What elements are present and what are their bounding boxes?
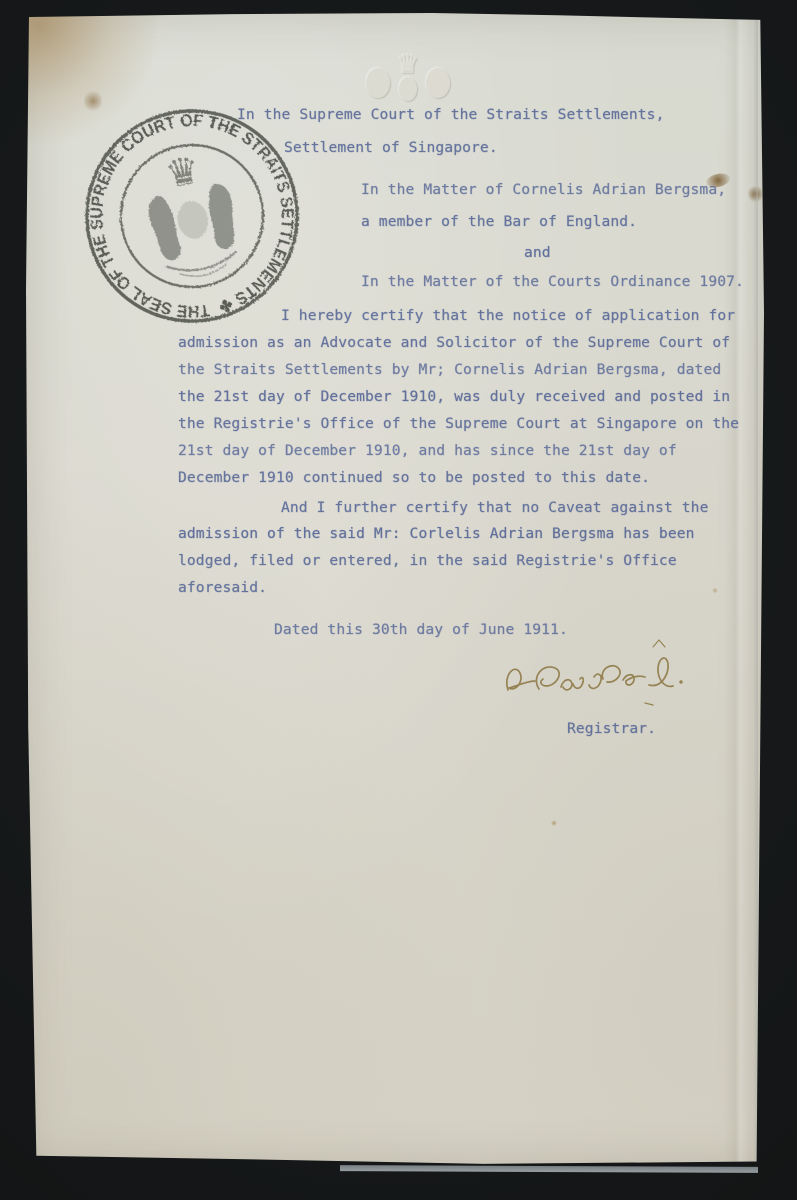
typed-line-matter: In the Matter of the Courts Ordinance 19…	[361, 275, 744, 290]
typed-line-body: aforesaid.	[178, 581, 267, 596]
signature-strokes	[507, 640, 683, 705]
typed-line-body: I hereby certify that the notice of appl…	[281, 309, 735, 324]
typed-line-body: lodged, filed or entered, in the said Re…	[178, 554, 677, 569]
typed-line-body: admission of the said Mr: Corlelis Adria…	[178, 527, 695, 542]
document-photo: ♛ THE SEAL OF THE SUPREME COURT OF THE S…	[0, 0, 797, 1200]
typed-line-body: 21st day of December 1910, and has since…	[178, 444, 677, 459]
document-paper: ♛ THE SEAL OF THE SUPREME COURT OF THE S…	[26, 13, 764, 1165]
typed-line-matter: a member of the Bar of England.	[361, 215, 637, 230]
typed-line-body: And I further certify that no Caveat aga…	[281, 501, 709, 516]
registrar-signature	[495, 635, 705, 715]
typed-line-matter: In the Matter of Cornelis Adrian Bergsma…	[361, 183, 726, 198]
typed-text-layer: In the Supreme Court of the Straits Sett…	[26, 13, 764, 1165]
typed-line-body: the Straits Settlements by Mr; Cornelis …	[178, 363, 721, 378]
typed-line-body: December 1910 continued so to be posted …	[178, 471, 650, 486]
typed-line-heading: Settlement of Singapore.	[284, 141, 498, 156]
typed-line-body: the Registrie's Office of the Supreme Co…	[178, 417, 739, 432]
typed-line-body: the 21st day of December 1910, was duly …	[178, 390, 730, 405]
typed-line-body: admission as an Advocate and Solicitor o…	[178, 336, 730, 351]
typed-line-role: Registrar.	[567, 722, 656, 737]
typed-line-heading: In the Supreme Court of the Straits Sett…	[237, 108, 665, 123]
typed-line-matter: and	[524, 246, 551, 261]
underlying-sheet-edge	[340, 1165, 758, 1173]
